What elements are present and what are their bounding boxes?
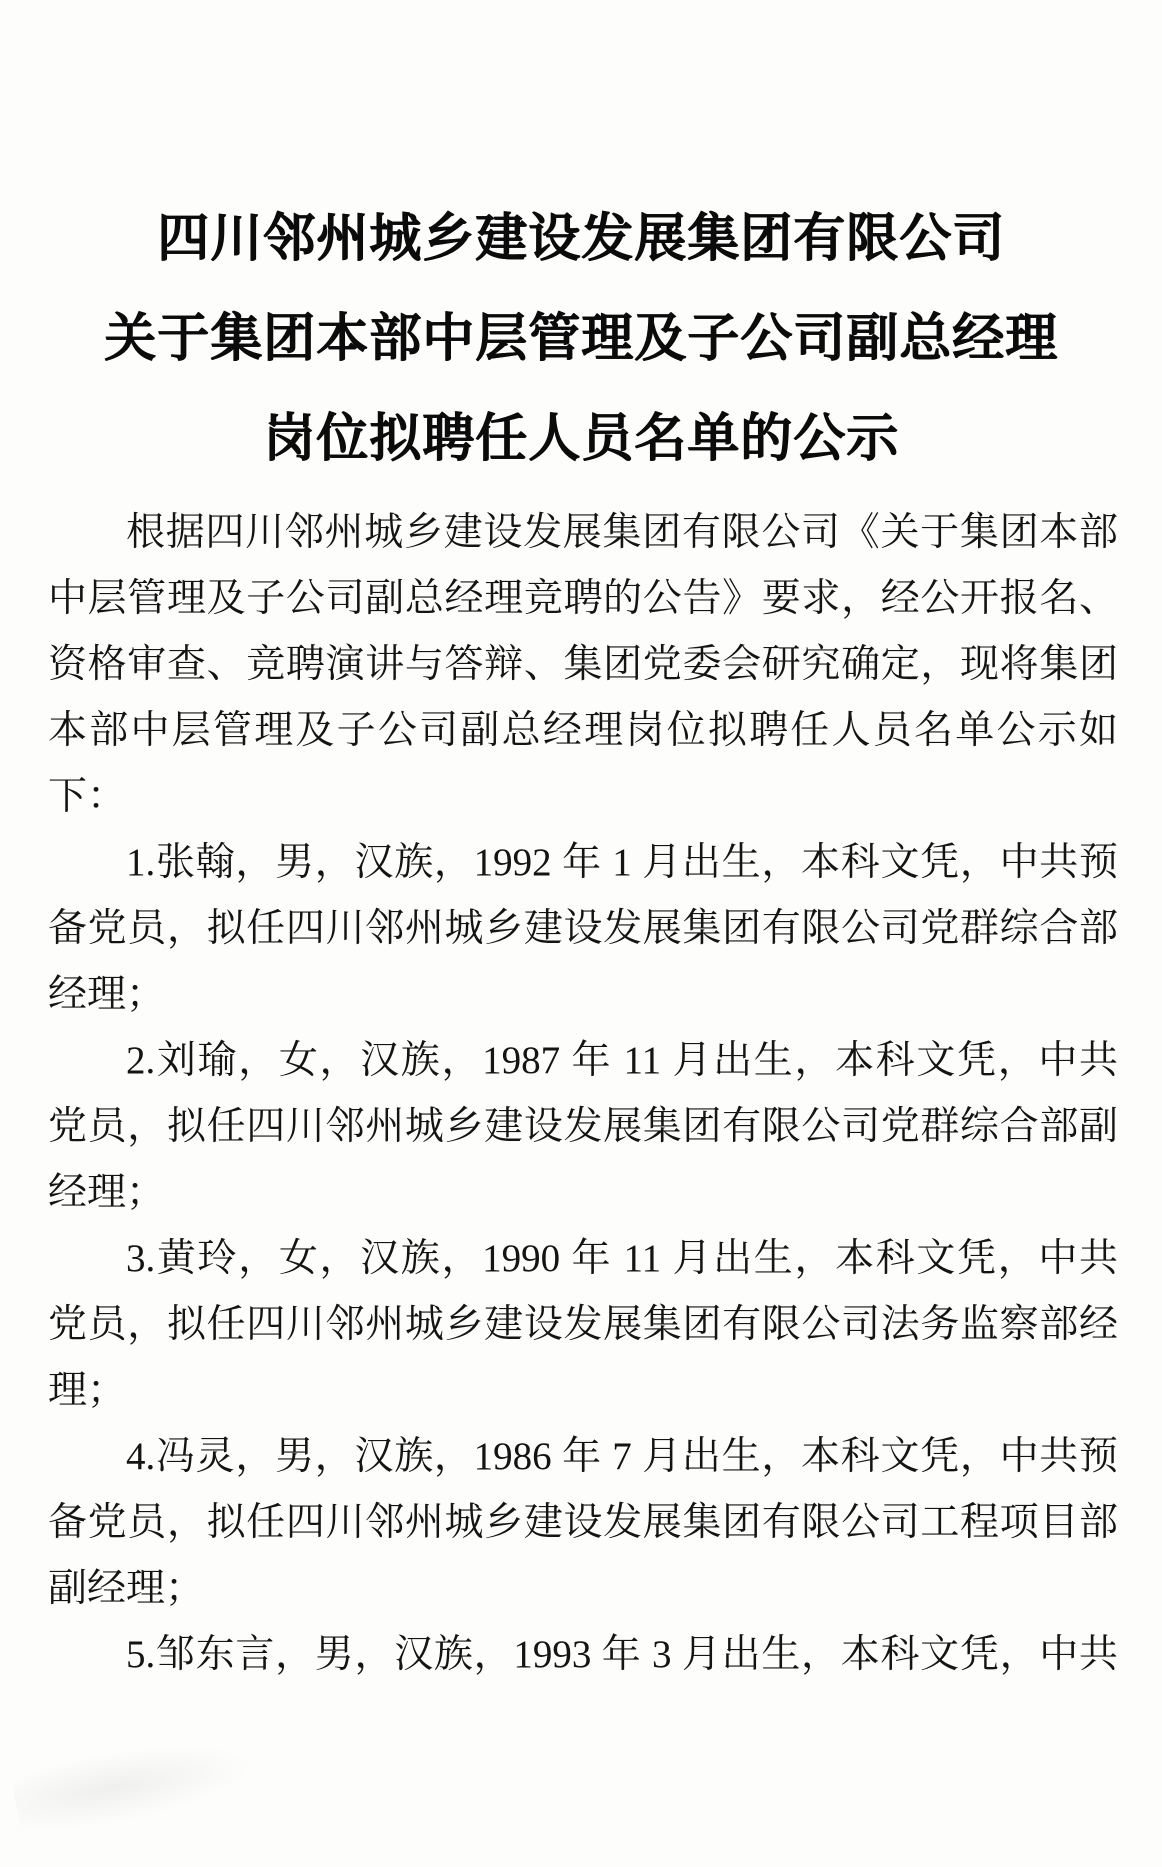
body-line: 本部中层管理及子公司副总经理岗位拟聘任人员名单公示如 [48,698,1118,764]
title-line-3: 岗位拟聘任人员名单的公示 [0,390,1162,490]
title-line-2: 关于集团本部中层管理及子公司副总经理 [0,290,1162,390]
body-line: 下： [48,764,1118,830]
body-line: 理； [48,1358,1118,1424]
body-line: 2.刘瑜，女，汉族，1987 年 11 月出生，本科文凭，中共 [48,1028,1118,1094]
body-line: 备党员，拟任四川邻州城乡建设发展集团有限公司党群综合部 [48,896,1118,962]
body-line: 经理； [48,962,1118,1028]
body-line: 1.张翰，男，汉族，1992 年 1 月出生，本科文凭，中共预 [48,830,1118,896]
body-line: 备党员，拟任四川邻州城乡建设发展集团有限公司工程项目部 [48,1490,1118,1556]
body-line: 党员，拟任四川邻州城乡建设发展集团有限公司法务监察部经 [48,1292,1118,1358]
body-line: 资格审查、竞聘演讲与答辩、集团党委会研究确定，现将集团 [48,632,1118,698]
announcement-body: 根据四川邻州城乡建设发展集团有限公司《关于集团本部 中层管理及子公司副总经理竞聘… [48,500,1118,1688]
body-line: 4.冯灵，男，汉族，1986 年 7 月出生，本科文凭，中共预 [48,1424,1118,1490]
body-line: 副经理； [48,1556,1118,1622]
body-line: 根据四川邻州城乡建设发展集团有限公司《关于集团本部 [48,500,1118,566]
title-line-1: 四川邻州城乡建设发展集团有限公司 [0,190,1162,290]
announcement-title: 四川邻州城乡建设发展集团有限公司 关于集团本部中层管理及子公司副总经理 岗位拟聘… [0,0,1162,490]
body-line: 党员，拟任四川邻州城乡建设发展集团有限公司党群综合部副 [48,1094,1118,1160]
document-page: 四川邻州城乡建设发展集团有限公司 关于集团本部中层管理及子公司副总经理 岗位拟聘… [0,0,1162,1867]
scan-smudge-artifact [10,1729,259,1840]
body-line: 3.黄玲，女，汉族，1990 年 11 月出生，本科文凭，中共 [48,1226,1118,1292]
body-line: 5.邹东言，男，汉族，1993 年 3 月出生，本科文凭，中共 [48,1622,1118,1688]
body-line: 经理； [48,1160,1118,1226]
body-line: 中层管理及子公司副总经理竞聘的公告》要求，经公开报名、 [48,566,1118,632]
